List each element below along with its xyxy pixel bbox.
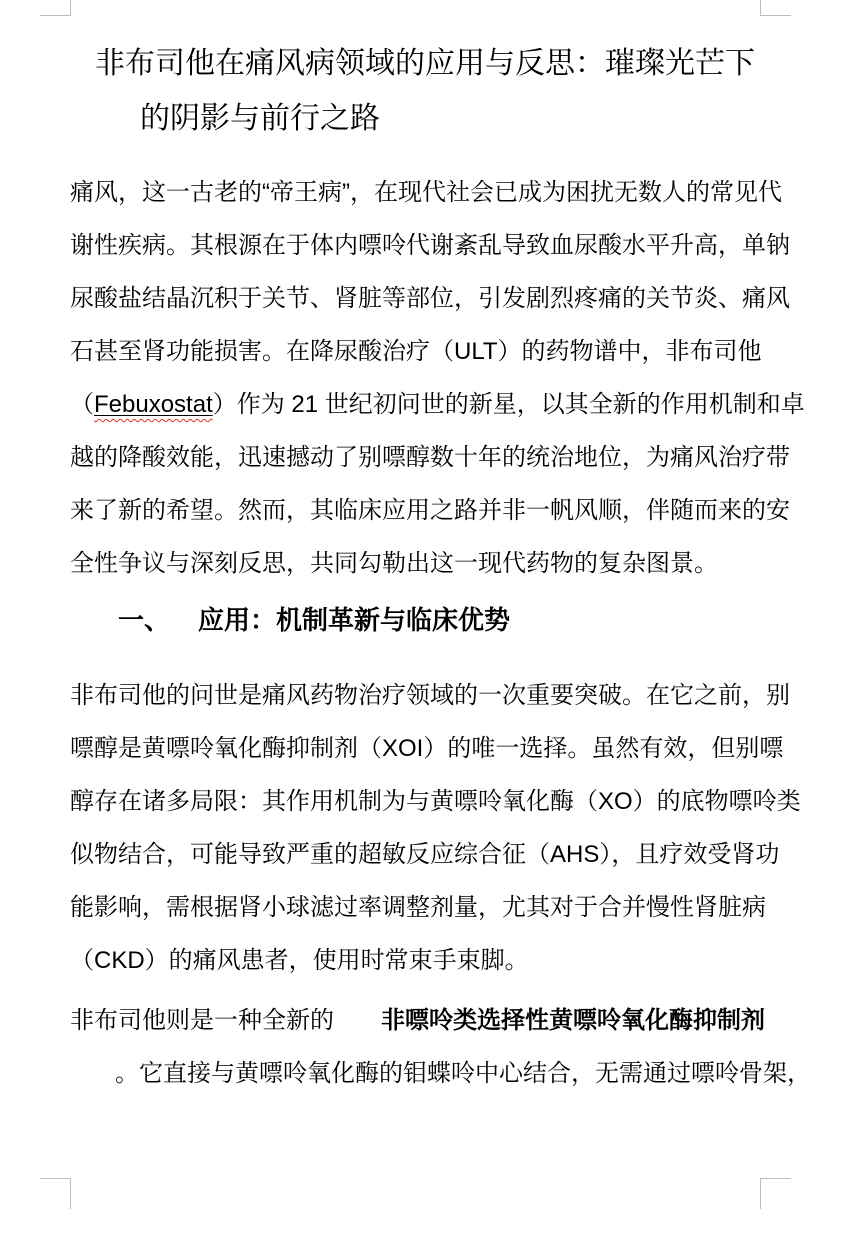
text-line: 嘌醇是黄嘌呤氧化酶抑制剂（XOI）的唯一选择。虽然有效，但别嘌 [70,722,770,775]
text-run: 全性争议与深刻反思，共同勾勒出这一现代药物的复杂图景。 [70,550,718,577]
text-line: 非布司他的问世是痛风药物治疗领域的一次重要突破。在它之前，别 [70,669,770,722]
paragraph-new-class: 非布司他则是一种全新的非嘌呤类选择性黄嘌呤氧化酶抑制剂。它直接与黄嘌呤氧化酶的钼… [70,994,770,1100]
document-content: 非布司他在痛风病领域的应用与反思：璀璨光芒下的阴影与前行之路 痛风，这一古老的“… [70,0,770,1100]
section-heading-text: 应用：机制革新与临床优势 [198,605,510,635]
section-heading-number: 一、 [118,605,170,635]
text-line: 全性争议与深刻反思，共同勾勒出这一现代药物的复杂图景。 [70,537,770,590]
text-line: 越的降酸效能，迅速撼动了别嘌醇数十年的统治地位，为痛风治疗带 [70,431,770,484]
text-run: 的阴影与前行之路 [140,102,380,135]
paragraph-intro: 痛风，这一古老的“帝王病”，在现代社会已成为困扰无数人的常见代谢性疾病。其根源在… [70,166,770,590]
text-run: 嘌醇是黄嘌呤氧化酶抑制剂（XOI）的唯一选择。虽然有效，但别嘌 [70,735,783,762]
text-line: 石甚至肾功能损害。在降尿酸治疗（ULT）的药物谱中，非布司他 [70,325,770,378]
document-title: 非布司他在痛风病领域的应用与反思：璀璨光芒下的阴影与前行之路 [70,36,770,146]
text-line: 谢性疾病。其根源在于体内嘌呤代谢紊乱导致血尿酸水平升高，单钠 [70,219,770,272]
text-run: 能影响，需根据肾小球滤过率调整剂量，尤其对于合并慢性肾脏病 [70,894,766,921]
text-line: （Febuxostat）作为 21 世纪初问世的新星，以其全新的作用机制和卓 [70,378,770,431]
text-run: 尿酸盐结晶沉积于关节、肾脏等部位，引发剧烈疼痛的关节炎、痛风 [70,285,790,312]
paragraph-mechanism: 非布司他的问世是痛风药物治疗领域的一次重要突破。在它之前，别嘌醇是黄嘌呤氧化酶抑… [70,669,770,987]
text-run: 来了新的希望。然而，其临床应用之路并非一帆风顺，伴随而来的安 [70,497,790,524]
inline-gap [334,1027,381,1028]
text-run: （CKD）的痛风患者，使用时常束手束脚。 [70,947,529,974]
document-page: 非布司他在痛风病领域的应用与反思：璀璨光芒下的阴影与前行之路 痛风，这一古老的“… [0,0,846,1254]
text-run: 非布司他在痛风病领域的应用与反思：璀璨光芒下 [95,47,755,80]
bold-text-run: 非嘌呤类选择性黄嘌呤氧化酶抑制剂 [381,1007,765,1034]
text-run: 石甚至肾功能损害。在降尿酸治疗（ULT）的药物谱中，非布司他 [70,338,762,365]
text-run: 醇存在诸多局限：其作用机制为与黄嘌呤氧化酶（XO）的底物嘌呤类 [70,788,801,815]
margin-corner-mark-bottom-right [760,1178,791,1209]
text-line: 非布司他在痛风病领域的应用与反思：璀璨光芒下 [70,36,770,91]
text-line: 醇存在诸多局限：其作用机制为与黄嘌呤氧化酶（XO）的底物嘌呤类 [70,775,770,828]
text-run: 痛风，这一古老的“帝王病”，在现代社会已成为困扰无数人的常见代 [70,179,782,206]
text-line: 非布司他则是一种全新的非嘌呤类选择性黄嘌呤氧化酶抑制剂 [70,994,770,1047]
margin-corner-mark-bottom-left [40,1178,71,1209]
text-run: 。它直接与黄嘌呤氧化酶的钼蝶呤中心结合，无需通过嘌呤骨架， [115,1060,811,1087]
text-run: 似物结合，可能导致严重的超敏反应综合征（AHS），且疗效受肾功 [70,841,779,868]
text-line: 来了新的希望。然而，其临床应用之路并非一帆风顺，伴随而来的安 [70,484,770,537]
text-line: （CKD）的痛风患者，使用时常束手束脚。 [70,934,770,987]
text-run: （ [70,391,94,418]
text-line: 似物结合，可能导致严重的超敏反应综合征（AHS），且疗效受肾功 [70,828,770,881]
section-heading: 一、应用：机制革新与临床优势 [70,594,770,647]
text-line: 。它直接与黄嘌呤氧化酶的钼蝶呤中心结合，无需通过嘌呤骨架， [70,1047,770,1100]
spellchecked-word-text: Febuxostat [94,391,213,418]
spellchecked-underlined-word: Febuxostat [94,391,213,418]
text-line: 能影响，需根据肾小球滤过率调整剂量，尤其对于合并慢性肾脏病 [70,881,770,934]
text-run: 非布司他的问世是痛风药物治疗领域的一次重要突破。在它之前，别 [70,682,790,709]
text-run: ）作为 21 世纪初问世的新星，以其全新的作用机制和卓 [213,391,805,418]
margin-corner-mark-top-left [40,0,71,16]
text-line: 的阴影与前行之路 [70,91,770,146]
text-line: 尿酸盐结晶沉积于关节、肾脏等部位，引发剧烈疼痛的关节炎、痛风 [70,272,770,325]
text-line: 痛风，这一古老的“帝王病”，在现代社会已成为困扰无数人的常见代 [70,166,770,219]
text-run: 非布司他则是一种全新的 [70,1007,334,1034]
text-run: 谢性疾病。其根源在于体内嘌呤代谢紊乱导致血尿酸水平升高，单钠 [70,232,790,259]
text-run: 越的降酸效能，迅速撼动了别嘌醇数十年的统治地位，为痛风治疗带 [70,444,790,471]
